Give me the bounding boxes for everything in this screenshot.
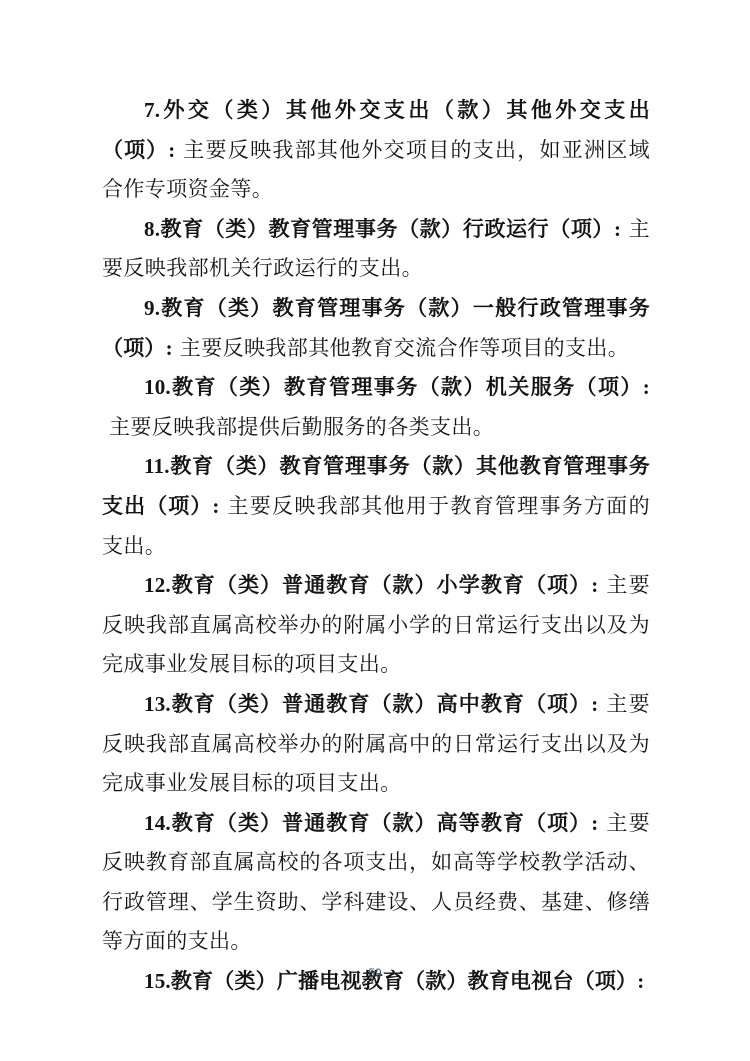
paragraph-12-label: 12.教育（类）普通教育（款）小学教育（项）: (144, 573, 598, 597)
page-number: 59 (0, 966, 750, 980)
paragraph-8: 8.教育（类）教育管理事务（款）行政运行（项）:主要反映我部机关行政运行的支出。 (102, 210, 650, 289)
paragraph-10-body: 主要反映我部提供后勤服务的各类支出。 (109, 415, 494, 439)
paragraph-10: 10.教育（类）教育管理事务（款）机关服务（项）:主要反映我部提供后勤服务的各类… (102, 368, 650, 447)
paragraph-7-body: 主要反映我部其他外交项目的支出，如亚洲区域合作专项资金等。 (102, 138, 650, 202)
paragraph-9-body: 主要反映我部其他教育交流合作等项目的支出。 (180, 336, 629, 360)
paragraph-13: 13.教育（类）普通教育（款）高中教育（项）:主要反映我部直属高校举办的附属高中… (102, 685, 650, 804)
document-body: 7.外交（类）其他外交支出（款）其他外交支出（项）:主要反映我部其他外交项目的支… (102, 91, 650, 1002)
paragraph-8-label: 8.教育（类）教育管理事务（款）行政运行（项）: (144, 217, 621, 241)
paragraph-14-label: 14.教育（类）普通教育（款）高等教育（项）: (144, 811, 598, 835)
paragraph-13-label: 13.教育（类）普通教育（款）高中教育（项）: (144, 692, 598, 716)
paragraph-11: 11.教育（类）教育管理事务（款）其他教育管理事务支出（项）:主要反映我部其他用… (102, 447, 650, 566)
paragraph-7: 7.外交（类）其他外交支出（款）其他外交支出（项）:主要反映我部其他外交项目的支… (102, 91, 650, 210)
paragraph-9: 9.教育（类）教育管理事务（款）一般行政管理事务（项）:主要反映我部其他教育交流… (102, 289, 650, 368)
paragraph-14: 14.教育（类）普通教育（款）高等教育（项）:主要反映教育部直属高校的各项支出，… (102, 804, 650, 962)
paragraph-12: 12.教育（类）普通教育（款）小学教育（项）:主要反映我部直属高校举办的附属小学… (102, 566, 650, 685)
paragraph-10-label: 10.教育（类）教育管理事务（款）机关服务（项）: (144, 375, 650, 399)
document-page: 7.外交（类）其他外交支出（款）其他外交支出（项）:主要反映我部其他外交项目的支… (0, 0, 750, 1061)
